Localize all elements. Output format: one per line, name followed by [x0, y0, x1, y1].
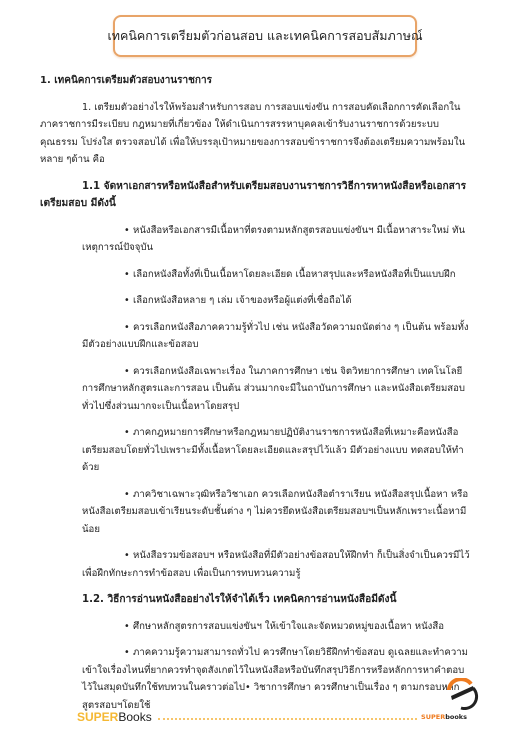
bullet-icon: •	[124, 618, 133, 636]
list-item: •หนังสือหรือเอกสารมีเนื้อหาที่ตรงตามหลัก…	[82, 222, 470, 257]
bullet-icon: •	[124, 292, 133, 310]
subsection-1-1-heading: 1.1 จัดหาเอกสารหรือหนังสือสำหรับเตรียมสอ…	[40, 178, 470, 213]
list-item: •ภาคความรู้ความสามารถทั่วไป ควรศึกษาโดยว…	[82, 644, 470, 714]
document-title: เทคนิคการเตรียมตัวก่อนสอบ และเทคนิคการสอ…	[107, 26, 422, 46]
document-title-box: เทคนิคการเตรียมตัวก่อนสอบ และเทคนิคการสอ…	[113, 15, 417, 57]
bullet-icon: •	[124, 424, 133, 442]
list-item: •ภาควิชาเฉพาะวุฒิหรือวิชาเอก ควรเลือกหนั…	[82, 486, 470, 539]
section-1-heading: 1. เทคนิคการเตรียมตัวสอบงานราชการ	[40, 72, 470, 90]
subsection-1-2-list: •ศึกษาหลักสูตรการสอบแข่งขันฯ ให้เข้าใจแล…	[82, 618, 470, 636]
subsection-1-1-list: •เลือกหนังสือทั้งที่เป็นเนื้อหาโดยละเอีย…	[82, 266, 470, 284]
subsection-1-1-list: •ควรเลือกหนังสือเฉพาะเรื่อง ในภาคการศึกษ…	[82, 363, 470, 416]
bullet-icon: •	[124, 547, 133, 565]
subsection-1-1-list: •หนังสือหรือเอกสารมีเนื้อหาที่ตรงตามหลัก…	[82, 222, 470, 257]
footer-logo-text: SUPERbooks	[421, 713, 467, 721]
subsection-1-1-list: •เลือกหนังสือหลาย ๆ เล่ม เจ้าของหรือผู้แ…	[82, 292, 470, 310]
list-item: •เลือกหนังสือทั้งที่เป็นเนื้อหาโดยละเอีย…	[82, 266, 470, 284]
bullet-icon: •	[124, 486, 133, 504]
list-item: •ควรเลือกหนังสือภาคความรู้ทั่วไป เช่น หน…	[82, 319, 470, 354]
document-body: 1. เทคนิคการเตรียมตัวสอบงานราชการ 1. เตร…	[40, 72, 470, 723]
bullet-icon: •	[124, 319, 133, 337]
bullet-icon: •	[124, 266, 133, 284]
superbooks-logo-icon	[443, 678, 479, 710]
list-item: •หนังสือรวมข้อสอบฯ หรือหนังสือที่มีตัวอย…	[82, 547, 470, 582]
list-item: •เลือกหนังสือหลาย ๆ เล่ม เจ้าของหรือผู้แ…	[82, 292, 470, 310]
bullet-icon: •	[124, 363, 133, 381]
subsection-1-1-list: •ภาคกฎหมายการศึกษาหรือกฎหมายปฏิบัติงานรา…	[82, 424, 470, 477]
footer-divider	[158, 718, 417, 720]
subsection-1-1-list: •ภาควิชาเฉพาะวุฒิหรือวิชาเอก ควรเลือกหนั…	[82, 486, 470, 539]
subsection-1-1-list: •หนังสือรวมข้อสอบฯ หรือหนังสือที่มีตัวอย…	[82, 547, 470, 582]
bullet-icon: •	[124, 222, 133, 240]
bullet-icon: •	[124, 644, 133, 662]
subsection-1-2-list: •ภาคความรู้ความสามารถทั่วไป ควรศึกษาโดยว…	[82, 644, 470, 714]
subsection-1-1-list: •ควรเลือกหนังสือภาคความรู้ทั่วไป เช่น หน…	[82, 319, 470, 354]
page-footer: SUPERBooks SUPERbooks	[77, 707, 467, 727]
section-1-intro: 1. เตรียมตัวอย่างไรให้พร้อมสำหรับการสอบ …	[40, 99, 470, 169]
footer-brand: SUPERBooks	[77, 710, 152, 724]
subsection-1-2-heading: 1.2. วิธีการอ่านหนังสืออย่างไรให้จำได้เร…	[82, 591, 470, 609]
list-item: •ควรเลือกหนังสือเฉพาะเรื่อง ในภาคการศึกษ…	[82, 363, 470, 416]
list-item: •ภาคกฎหมายการศึกษาหรือกฎหมายปฏิบัติงานรา…	[82, 424, 470, 477]
list-item: •ศึกษาหลักสูตรการสอบแข่งขันฯ ให้เข้าใจแล…	[82, 618, 470, 636]
